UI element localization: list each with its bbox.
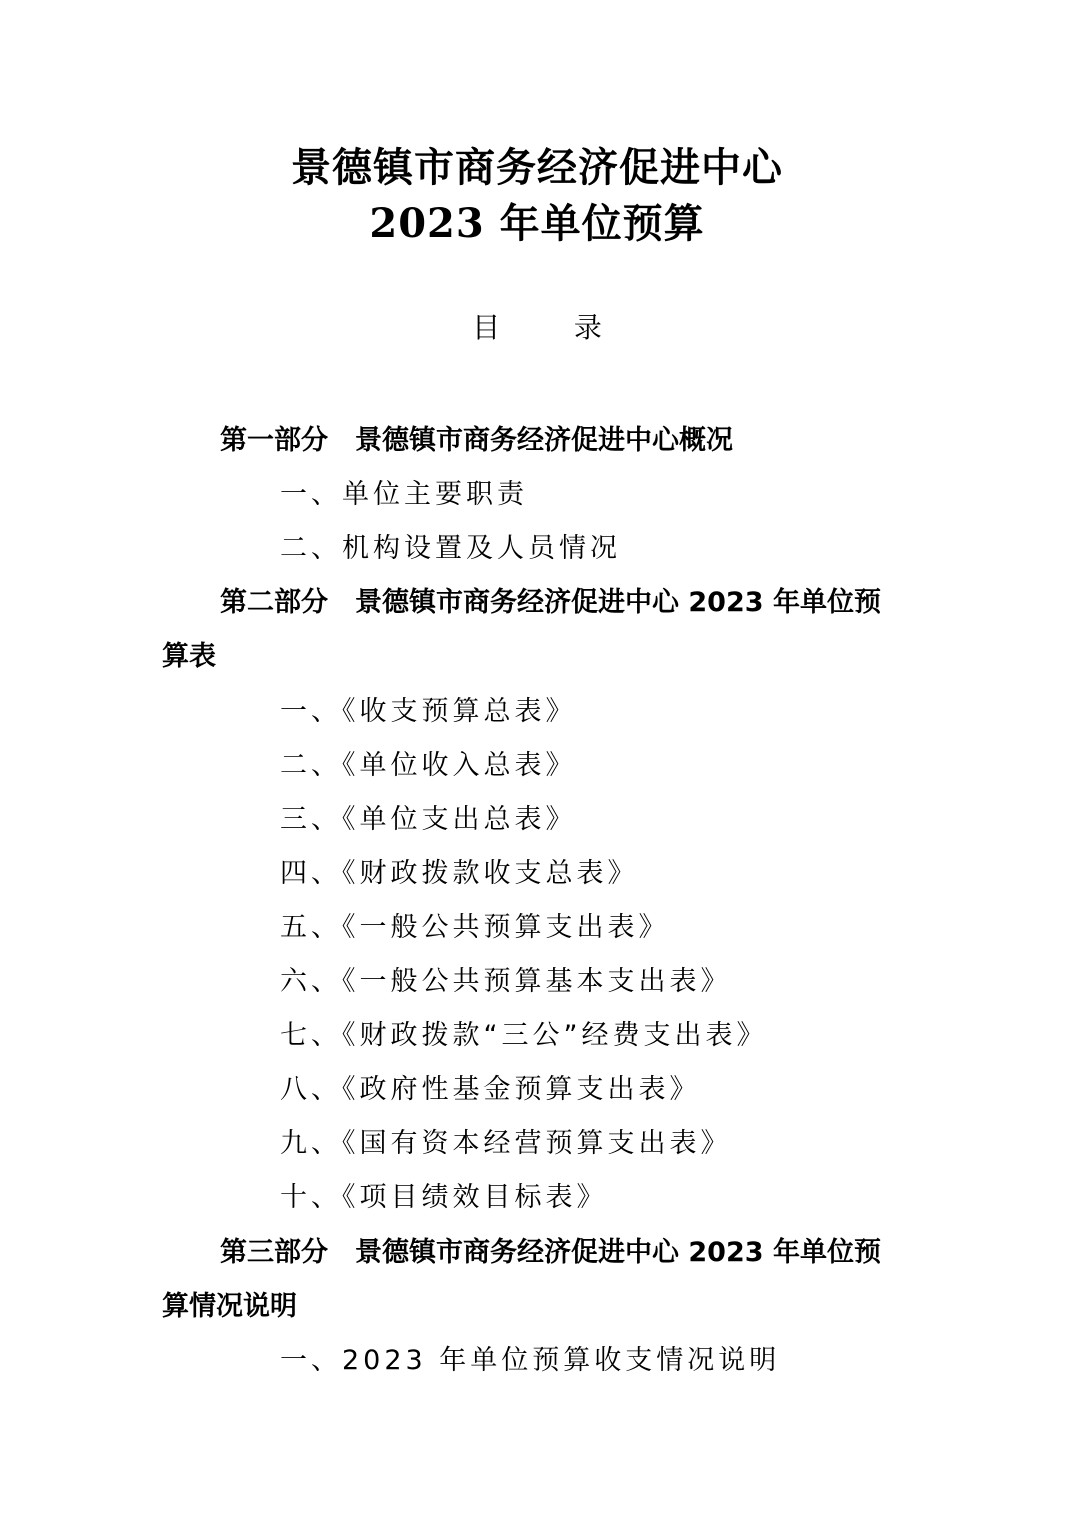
toc-part-3-line-1: 第三部分 景德镇市商务经济促进中心 2023 年单位预 [220,1230,881,1269]
toc-part-3-line-2: 算情况说明 [162,1284,297,1323]
toc-heading-char-2: 录 [574,306,602,346]
toc-item: 五、《一般公共预算支出表》 [280,905,670,944]
toc-heading: 目 录 [0,306,1074,346]
toc-item: 一、单位主要职责 [280,472,528,511]
toc-item: 三、《单位支出总表》 [280,797,577,836]
toc-item: 九、《国有资本经营预算支出表》 [280,1121,732,1160]
title-line-2: 2023 年单位预算 [0,192,1074,249]
toc-part-2-line-1: 第二部分 景德镇市商务经济促进中心 2023 年单位预 [220,580,881,619]
toc-heading-char-1: 目 [472,306,500,346]
toc-item: 四、《财政拨款收支总表》 [280,851,639,890]
toc-item: 一、2023 年单位预算收支情况说明 [280,1338,780,1377]
toc-part-2-line-2: 算表 [162,634,216,673]
toc-item: 一、《收支预算总表》 [280,689,577,728]
toc-item: 二、机构设置及人员情况 [280,526,621,565]
toc-part-1: 第一部分 景德镇市商务经济促进中心概况 [220,418,733,457]
toc-item: 八、《政府性基金预算支出表》 [280,1067,701,1106]
title-line-1: 景德镇市商务经济促进中心 [0,136,1074,193]
toc-item: 六、《一般公共预算基本支出表》 [280,959,732,998]
toc-item: 二、《单位收入总表》 [280,743,577,782]
toc-item: 七、《财政拨款“三公”经费支出表》 [280,1013,767,1052]
toc-item: 十、《项目绩效目标表》 [280,1175,608,1214]
